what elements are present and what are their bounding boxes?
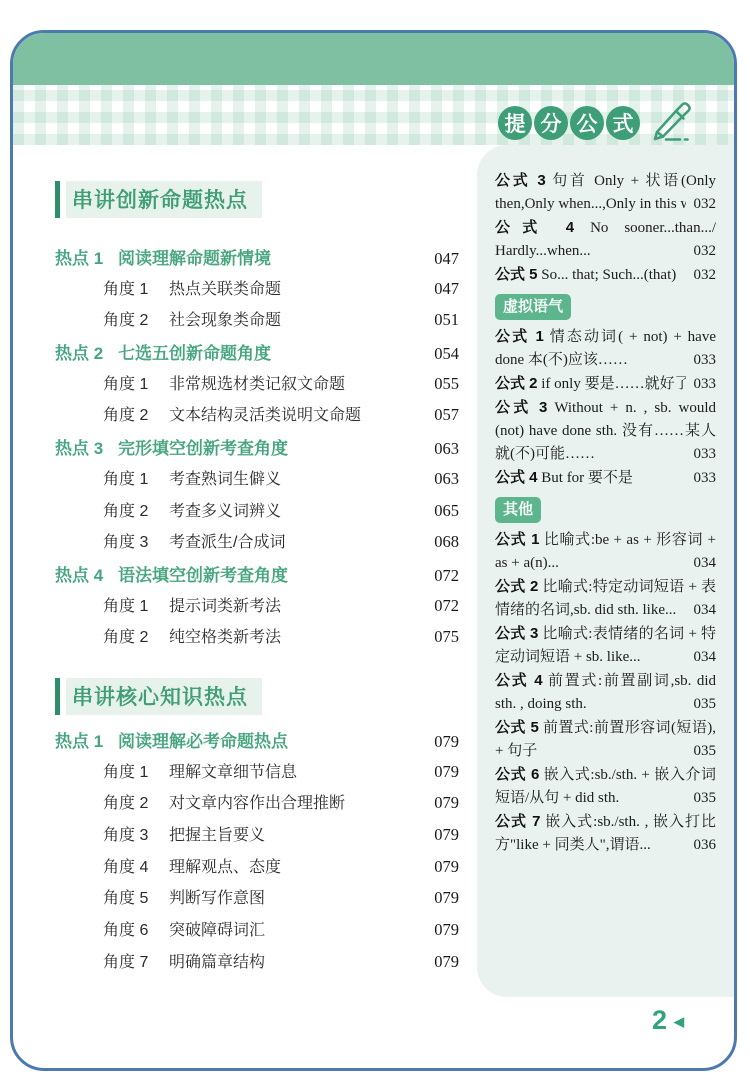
toc-row-title: 明确篇章结构 (169, 949, 434, 972)
toc-row-page: 079 (434, 762, 459, 782)
toc-row-title: 提示词类新考法 (169, 593, 434, 616)
toc-row-label: 角度 1 (103, 593, 169, 616)
toc: 串讲创新命题热点 热点 1 阅读理解命题新情境 047 角度 1 热点关联类命题… (55, 181, 459, 980)
toc-row-title: 完形填空创新考查角度 (118, 434, 434, 459)
toc-row-title: 判断写作意图 (169, 885, 434, 908)
badge-char: 公 (570, 106, 604, 140)
score-formula-badge: 提 分 公 式 (496, 99, 696, 146)
formula-entry: 公式 4 前置式:前置副词,sb. did sth. , doing sth.0… (495, 669, 716, 716)
toc-angle-row: 角度 1 提示词类新考法 072 (55, 593, 459, 625)
formula-entry-page: 035 (686, 740, 717, 763)
toc-angle-row: 角度 3 把握主旨要义 079 (55, 822, 459, 854)
toc-row-page: 079 (434, 732, 459, 752)
toc-row-page: 047 (434, 249, 459, 269)
toc-row-label: 角度 2 (103, 790, 169, 813)
toc-row-label: 角度 2 (103, 624, 169, 647)
toc-angle-row: 角度 6 突破障碍词汇 079 (55, 917, 459, 949)
toc-row-label: 角度 1 (103, 276, 169, 299)
toc-row-page: 072 (434, 596, 459, 616)
toc-hotspot-row: 热点 2 七选五创新命题角度 054 (55, 339, 459, 371)
toc-row-label: 热点 4 (55, 561, 118, 586)
toc-row-title: 七选五创新命题角度 (118, 339, 434, 364)
toc-row-page: 079 (434, 857, 459, 877)
top-green-band (13, 33, 734, 85)
toc-section: 串讲创新命题热点 热点 1 阅读理解命题新情境 047 角度 1 热点关联类命题… (55, 181, 459, 656)
toc-section-header: 串讲核心知识热点 (55, 678, 459, 715)
toc-row-title: 考查多义词辨义 (169, 498, 434, 521)
toc-row-label: 角度 1 (103, 466, 169, 489)
formula-entry-label: 公式 5 (495, 266, 538, 283)
toc-angle-row: 角度 1 热点关联类命题 047 (55, 276, 459, 308)
toc-row-title: 阅读理解命题新情境 (118, 244, 434, 269)
toc-row-page: 075 (434, 627, 459, 647)
page-number: 2 ◀ (652, 1005, 684, 1036)
toc-row-page: 079 (434, 952, 459, 972)
formula-entry-page: 035 (686, 693, 717, 716)
toc-row-label: 角度 2 (103, 307, 169, 330)
formula-entry: 公式 4 No sooner...than.../ Hardly...when.… (495, 216, 716, 263)
toc-row-label: 热点 1 (55, 244, 118, 269)
formula-entry: 公式 6 嵌入式:sb./sth. + 嵌入介词短语/从句 + did sth.… (495, 763, 716, 810)
toc-row-label: 角度 3 (103, 529, 169, 552)
toc-row-label: 角度 5 (103, 885, 169, 908)
toc-row-title: 非常规选材类记叙文命题 (169, 371, 434, 394)
formula-entry: 公式 2 if only 要是……就好了033 (495, 372, 716, 396)
formula-entry-page: 032 (686, 240, 717, 263)
toc-row-label: 热点 2 (55, 339, 118, 364)
toc-angle-row: 角度 5 判断写作意图 079 (55, 885, 459, 917)
toc-row-title: 把握主旨要义 (169, 822, 434, 845)
toc-row-title: 考查派生/合成词 (169, 529, 434, 552)
formula-entry-page: 032 (686, 193, 717, 216)
toc-row-label: 角度 7 (103, 949, 169, 972)
toc-angle-row: 角度 1 理解文章细节信息 079 (55, 759, 459, 791)
toc-angle-row: 角度 4 理解观点、态度 079 (55, 854, 459, 886)
toc-row-title: 突破障碍词汇 (169, 917, 434, 940)
toc-row-page: 068 (434, 532, 459, 552)
toc-angle-row: 角度 2 纯空格类新考法 075 (55, 624, 459, 656)
toc-section: 串讲核心知识热点 热点 1 阅读理解必考命题热点 079 角度 1 理解文章细节… (55, 678, 459, 981)
formula-entry-label: 公式 4 (495, 672, 543, 689)
toc-row-page: 054 (434, 344, 459, 364)
formula-group-badge: 其他 (495, 497, 541, 523)
page-number-value: 2 (652, 1005, 667, 1036)
formula-entry: 公式 4 But for 要不是033 (495, 466, 716, 490)
toc-hotspot-row: 热点 4 语法填空创新考查角度 072 (55, 561, 459, 593)
toc-angle-row: 角度 7 明确篇章结构 079 (55, 949, 459, 981)
formula-entry-label: 公式 3 (495, 625, 538, 642)
toc-angle-row: 角度 2 对文章内容作出合理推断 079 (55, 790, 459, 822)
formula-entry: 公式 2 比喻式:特定动词短语 + 表情绪的名词,sb. did sth. li… (495, 575, 716, 622)
formula-entry-label: 公式 5 (495, 719, 539, 736)
toc-row-page: 063 (434, 439, 459, 459)
formula-entry-page: 033 (686, 443, 717, 466)
toc-row-page: 063 (434, 469, 459, 489)
toc-row-title: 社会现象类命题 (169, 307, 434, 330)
toc-row-label: 角度 4 (103, 854, 169, 877)
formula-entry-label: 公式 4 (495, 469, 538, 486)
toc-angle-row: 角度 2 文本结构灵活类说明文命题 057 (55, 402, 459, 434)
formula-entry-page: 033 (686, 349, 717, 372)
formula-entry-label: 公式 3 (495, 172, 546, 189)
toc-row-page: 079 (434, 920, 459, 940)
formula-entry-text: So... that; Such...(that) (541, 267, 676, 283)
formula-entry-page: 033 (686, 467, 717, 490)
formula-entry-page: 035 (686, 787, 717, 810)
formula-entry-text: But for 要不是 (541, 470, 633, 486)
formula-entry-label: 公式 2 (495, 578, 538, 595)
formula-entry-label: 公式 6 (495, 766, 539, 783)
formula-entry-page: 032 (686, 264, 717, 287)
pencil-icon (648, 99, 696, 146)
formula-entry-label: 公式 2 (495, 375, 538, 392)
toc-row-title: 阅读理解必考命题热点 (118, 727, 434, 752)
toc-row-label: 角度 6 (103, 917, 169, 940)
toc-angle-row: 角度 2 考查多义词辨义 065 (55, 498, 459, 530)
formula-group-badge: 虚拟语气 (495, 294, 571, 320)
toc-section-header: 串讲创新命题热点 (55, 181, 459, 218)
section-header-bar (55, 181, 60, 218)
formula-entry: 公式 1 情态动词( + not) + have done 本(不)应该……03… (495, 325, 716, 372)
toc-hotspot-row: 热点 3 完形填空创新考查角度 063 (55, 434, 459, 466)
toc-row-label: 角度 2 (103, 402, 169, 425)
formula-entry-page: 034 (686, 646, 717, 669)
section-header-title: 串讲创新命题热点 (66, 181, 262, 218)
formula-entry-label: 公式 4 (495, 219, 574, 236)
badge-char: 分 (534, 106, 568, 140)
toc-angle-row: 角度 1 考查熟词生僻义 063 (55, 466, 459, 498)
formula-entry-page: 036 (686, 834, 717, 857)
section-header-title: 串讲核心知识热点 (66, 678, 262, 715)
toc-row-title: 语法填空创新考查角度 (118, 561, 434, 586)
toc-row-page: 055 (434, 374, 459, 394)
toc-row-page: 079 (434, 888, 459, 908)
formula-entry: 公式 3 句首 Only + 状语(Only then,Only when...… (495, 169, 716, 216)
toc-row-page: 057 (434, 405, 459, 425)
formula-entry-label: 公式 7 (495, 813, 540, 830)
page-frame: 提 分 公 式 串讲创新命题热点 热点 1 阅读理解命题新情境 047 (10, 30, 737, 1071)
toc-row-title: 理解文章细节信息 (169, 759, 434, 782)
toc-row-title: 热点关联类命题 (169, 276, 434, 299)
toc-angle-row: 角度 1 非常规选材类记叙文命题 055 (55, 371, 459, 403)
page-number-arrow-icon: ◀ (674, 1014, 684, 1030)
toc-row-title: 考查熟词生僻义 (169, 466, 434, 489)
formula-entry: 公式 5 So... that; Such...(that)032 (495, 263, 716, 287)
formula-entry: 公式 1 比喻式:be + as + 形容词 + as + a(n)...034 (495, 528, 716, 575)
formula-entry-label: 公式 1 (495, 328, 544, 345)
toc-row-title: 理解观点、态度 (169, 854, 434, 877)
formula-entry-page: 034 (686, 552, 717, 575)
badge-char: 提 (498, 106, 532, 140)
toc-hotspot-row: 热点 1 阅读理解命题新情境 047 (55, 244, 459, 276)
formula-entry-label: 公式 3 (495, 399, 547, 416)
formula-entry: 公式 7 嵌入式:sb./sth. , 嵌入打比方"like + 同类人",谓语… (495, 810, 716, 857)
toc-row-title: 文本结构灵活类说明文命题 (169, 402, 434, 425)
toc-row-title: 纯空格类新考法 (169, 624, 434, 647)
badge-char: 式 (606, 106, 640, 140)
toc-row-label: 角度 1 (103, 371, 169, 394)
toc-angle-row: 角度 3 考查派生/合成词 068 (55, 529, 459, 561)
toc-angle-row: 角度 2 社会现象类命题 051 (55, 307, 459, 339)
formula-entry: 公式 5 前置式:前置形容词(短语), + 句子035 (495, 716, 716, 763)
toc-row-page: 047 (434, 279, 459, 299)
toc-row-label: 角度 2 (103, 498, 169, 521)
formula-entry-page: 034 (686, 599, 717, 622)
toc-row-page: 072 (434, 566, 459, 586)
formula-entry-text: if only 要是……就好了 (541, 376, 689, 392)
formula-panel: 公式 3 句首 Only + 状语(Only then,Only when...… (477, 145, 734, 997)
toc-row-page: 065 (434, 501, 459, 521)
formula-entry: 公式 3 Without + n. , sb. would (not) have… (495, 396, 716, 466)
toc-row-label: 角度 3 (103, 822, 169, 845)
toc-row-title: 对文章内容作出合理推断 (169, 790, 434, 813)
toc-row-label: 热点 1 (55, 727, 118, 752)
toc-row-page: 051 (434, 310, 459, 330)
formula-entry-page: 033 (686, 373, 717, 396)
toc-hotspot-row: 热点 1 阅读理解必考命题热点 079 (55, 727, 459, 759)
toc-row-page: 079 (434, 825, 459, 845)
section-header-bar (55, 678, 60, 715)
formula-entry: 公式 3 比喻式:表情绪的名词 + 特定动词短语 + sb. like...03… (495, 622, 716, 669)
toc-row-label: 热点 3 (55, 434, 118, 459)
formula-entry-label: 公式 1 (495, 531, 539, 548)
toc-row-label: 角度 1 (103, 759, 169, 782)
toc-row-page: 079 (434, 793, 459, 813)
